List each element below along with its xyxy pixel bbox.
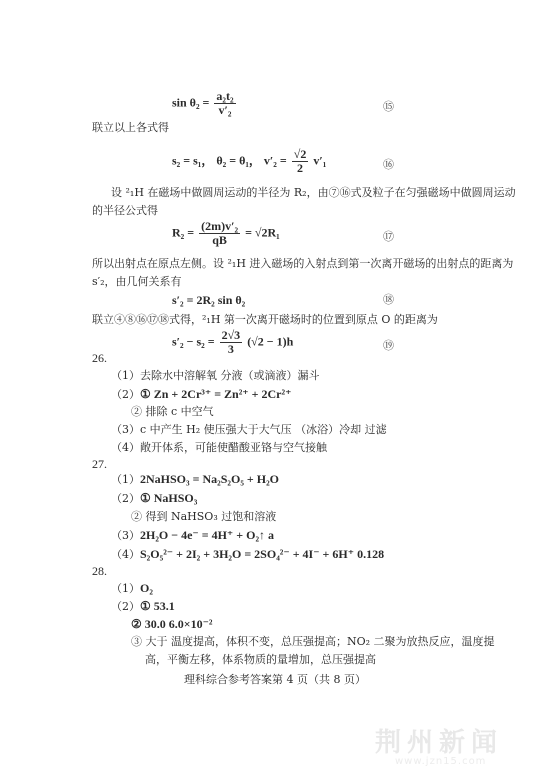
eq17-tail: = √2R₁ bbox=[245, 225, 280, 239]
eq19-tail: (√2 − 1)h bbox=[247, 334, 293, 348]
radius-paragraph-line1: 设 ²₁H 在磁场中做圆周运动的半径为 R₂，由⑦⑯式及粒子在匀强磁场中做圆周运… bbox=[111, 186, 516, 200]
eq15-denominator: v′₂ bbox=[214, 104, 235, 117]
eq17-numerator: (2m)v′₂ bbox=[199, 220, 240, 234]
q26-item-1-text: 去除水中溶解氧 分液（或滴液）漏斗 bbox=[140, 369, 320, 382]
radius-paragraph-line2: 的半径公式得 bbox=[92, 204, 158, 218]
q26-item-4-label: （4） bbox=[111, 441, 140, 454]
q26-item-4-text: 敞开体系，可能使醋酸亚铬与空气接触 bbox=[140, 441, 327, 454]
q27-item-2-label: （2） bbox=[111, 492, 140, 505]
q28-item-1-label: （1） bbox=[111, 582, 140, 595]
q26-item-3-label: （3） bbox=[111, 423, 140, 436]
question-26-number: 26. bbox=[92, 351, 107, 365]
q26-item-2b: ② 排除 c 中空气 bbox=[131, 405, 214, 419]
equation-15: sin θ₂ = a₂t₂ v′₂ bbox=[172, 90, 238, 117]
page-footer: 理科综合参考答案第 4 页（共 8 页） bbox=[0, 671, 550, 687]
equation-number-16: ⑯ bbox=[383, 158, 394, 172]
watermark-logo: 荆州新闻 www.jzn15.com bbox=[375, 722, 550, 777]
eq19-denominator: 3 bbox=[220, 343, 243, 356]
q27-item-1: （1）2NaHSO₃ = Na₂S₂O₅ + H₂O bbox=[111, 472, 279, 487]
q27-item-3-label: （3） bbox=[111, 529, 140, 542]
q27-item-1-label: （1） bbox=[111, 473, 140, 486]
equation-16: s₂ = s₁， θ₂ = θ₁， v′₂ = √2 2 v′₁ bbox=[172, 148, 326, 175]
watermark-url: www.jzn15.com bbox=[395, 756, 486, 767]
eq16-numerator: √2 bbox=[292, 148, 309, 162]
q27-item-4-label: （4） bbox=[111, 548, 140, 561]
eq17-lhs: R₂ = bbox=[172, 225, 194, 239]
eq19-fraction: 2√3 3 bbox=[220, 329, 243, 356]
q26-item-2-text: ① Zn + 2Cr³⁺ = Zn²⁺ + 2Cr²⁺ bbox=[140, 387, 291, 401]
equation-number-17: ⑰ bbox=[383, 230, 394, 244]
q28-item-1: （1）O₂ bbox=[111, 581, 153, 596]
q28-item-2c-line2: 高，平衡左移，体系物质的量增加，总压强提高 bbox=[145, 653, 376, 667]
q28-item-1-text: O₂ bbox=[140, 581, 153, 595]
equation-number-15: ⑮ bbox=[383, 100, 394, 114]
equation-number-18: ⑱ bbox=[383, 293, 394, 307]
q27-item-2-text: ① NaHSO₃ bbox=[140, 491, 197, 505]
exit-paragraph-line2: s′₂，由几何关系有 bbox=[92, 275, 182, 289]
question-27-number: 27. bbox=[92, 457, 107, 471]
eq16-tail: v′₁ bbox=[313, 153, 326, 167]
q27-item-2: （2）① NaHSO₃ bbox=[111, 491, 197, 506]
q26-item-2-label: （2） bbox=[111, 388, 140, 401]
q26-item-1-label: （1） bbox=[111, 369, 140, 382]
q27-item-1-text: 2NaHSO₃ = Na₂S₂O₅ + H₂O bbox=[140, 472, 279, 486]
eq16-denominator: 2 bbox=[292, 162, 309, 175]
q28-item-2-text: ① 53.1 bbox=[140, 599, 175, 613]
q28-item-2-label: （2） bbox=[111, 600, 140, 613]
q28-item-2c-line1: ③ 大于 温度提高，体积不变，总压强提高；NO₂ 二聚为放热反应，温度提 bbox=[131, 635, 495, 649]
q27-item-4: （4）S₂O₅²⁻ + 2I₂ + 3H₂O = 2SO₄²⁻ + 4I⁻ + … bbox=[111, 547, 384, 562]
q26-item-1: （1）去除水中溶解氧 分液（或滴液）漏斗 bbox=[111, 369, 320, 383]
equation-number-19: ⑲ bbox=[383, 339, 394, 353]
answer-sheet-page: sin θ₂ = a₂t₂ v′₂ ⑮ 联立以上各式得 s₂ = s₁， θ₂ … bbox=[0, 0, 550, 777]
eq16-fraction: √2 2 bbox=[292, 148, 309, 175]
eq19-numerator: 2√3 bbox=[220, 329, 243, 343]
q27-item-3: （3）2H₂O − 4e⁻ = 4H⁺ + O₂↑ a bbox=[111, 528, 274, 543]
eq16-text: s₂ = s₁， θ₂ = θ₁， v′₂ = bbox=[172, 153, 287, 167]
q27-item-3-text: 2H₂O − 4e⁻ = 4H⁺ + O₂↑ a bbox=[140, 528, 274, 542]
watermark-text: 荆州新闻 bbox=[375, 722, 503, 759]
eq17-fraction: (2m)v′₂ qB bbox=[199, 220, 240, 247]
q27-item-2b: ② 得到 NaHSO₃ 过饱和溶液 bbox=[131, 510, 276, 524]
q27-item-4-text: S₂O₅²⁻ + 2I₂ + 3H₂O = 2SO₄²⁻ + 4I⁻ + 6H⁺… bbox=[140, 547, 384, 561]
question-28-number: 28. bbox=[92, 564, 107, 578]
eq15-lhs: sin θ₂ = bbox=[172, 95, 209, 109]
q26-item-4: （4）敞开体系，可能使醋酸亚铬与空气接触 bbox=[111, 441, 327, 455]
q26-item-3-text: c 中产生 H₂ 使压强大于大气压 （冰浴）冷却 过滤 bbox=[140, 423, 387, 436]
exit-paragraph-line1: 所以出射点在原点左侧。设 ²₁H 进入磁场的入射点到第一次离开磁场的出射点的距离… bbox=[92, 257, 513, 271]
equation-18: s′₂ = 2R₂ sin θ₂ bbox=[172, 293, 245, 307]
q26-item-2: （2）① Zn + 2Cr³⁺ = Zn²⁺ + 2Cr²⁺ bbox=[111, 387, 291, 402]
combine-paragraph-2: 联立④⑧⑯⑰⑱式得，²₁H 第一次离开磁场时的位置到原点 O 的距离为 bbox=[92, 313, 438, 327]
eq15-fraction: a₂t₂ v′₂ bbox=[214, 90, 235, 117]
q28-item-2: （2）① 53.1 bbox=[111, 599, 175, 614]
eq19-lhs: s′₂ − s₂ = bbox=[172, 334, 215, 348]
q28-item-2b: ② 30.0 6.0×10⁻² bbox=[131, 617, 213, 631]
eq15-numerator: a₂t₂ bbox=[214, 90, 235, 104]
q26-item-3: （3）c 中产生 H₂ 使压强大于大气压 （冰浴）冷却 过滤 bbox=[111, 423, 387, 437]
combine-text: 联立以上各式得 bbox=[92, 121, 169, 135]
eq17-denominator: qB bbox=[199, 234, 240, 247]
equation-19: s′₂ − s₂ = 2√3 3 (√2 − 1)h bbox=[172, 329, 293, 356]
equation-17: R₂ = (2m)v′₂ qB = √2R₁ bbox=[172, 220, 280, 247]
